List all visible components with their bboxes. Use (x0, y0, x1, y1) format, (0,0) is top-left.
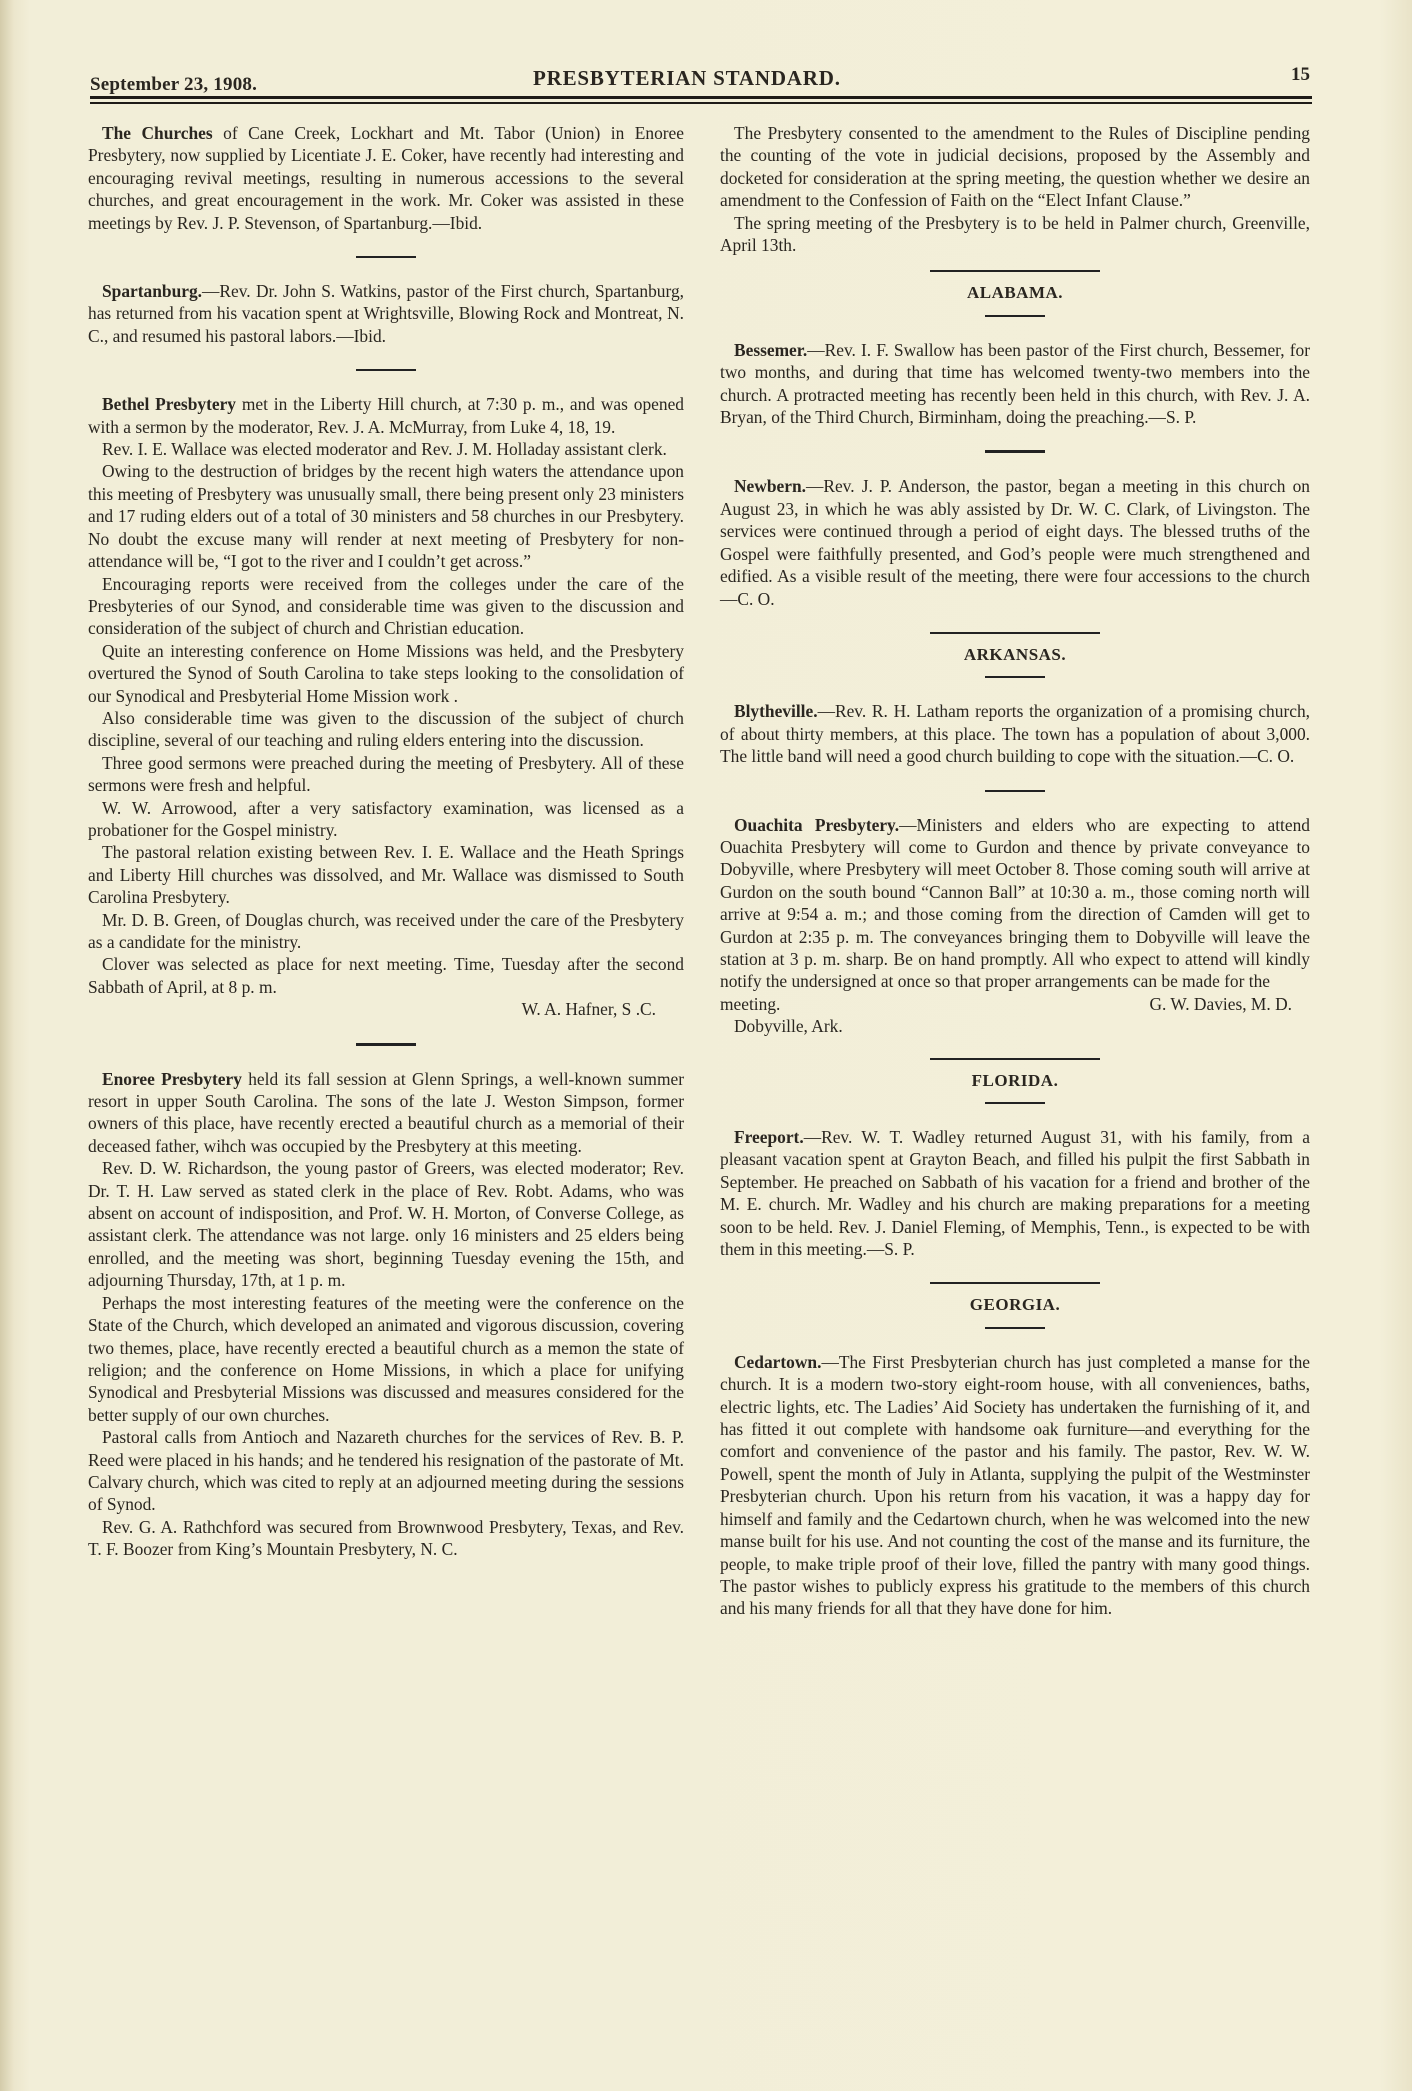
article-lead: Bethel Presbytery (102, 394, 236, 414)
article-text: —Rev. W. T. Wadley returned August 31, w… (720, 1127, 1310, 1259)
paragraph: Owing to the destruction of bridges by t… (88, 460, 684, 572)
signature-location: Dobyville, Ark. (720, 1015, 1310, 1037)
article-blytheville: Blytheville.—Rev. R. H. Latham reports t… (720, 700, 1310, 767)
paragraph: Encouraging reports were received from t… (88, 573, 684, 640)
article-cedartown: Cedartown.—The First Presbyterian church… (720, 1351, 1310, 1620)
article-text: —Rev. J. P. Anderson, the pastor, began … (720, 476, 1310, 608)
newspaper-page: September 23, 1908. PRESBYTERIAN STANDAR… (0, 0, 1412, 2091)
article-lead: Spartanburg. (102, 281, 202, 301)
page-number: 15 (1291, 64, 1310, 86)
paragraph: Rev. G. A. Rathchford was secured from B… (88, 1516, 684, 1561)
article-lead: Enoree Presbytery (102, 1069, 242, 1089)
paragraph: The Presbytery consented to the amendmen… (720, 122, 1310, 212)
publication-title: PRESBYTERIAN STANDARD. (533, 66, 841, 91)
article-lead: Newbern. (734, 476, 806, 496)
last-word: meeting. (720, 993, 780, 1015)
article-lead: Ouachita Presbytery. (734, 815, 899, 835)
paragraph: Rev. I. E. Wallace was elected moderator… (88, 438, 684, 460)
article-lead: The Churches (102, 123, 213, 143)
section-heading-alabama: ALABAMA. (720, 282, 1310, 304)
article-bethel-presbytery: Bethel Presbytery met in the Liberty Hil… (88, 393, 684, 1020)
issue-date: September 23, 1908. (90, 74, 257, 96)
separator (356, 256, 416, 258)
article-lead: Freeport. (734, 1127, 804, 1147)
section-rule (930, 270, 1100, 272)
masthead-rule (90, 96, 1312, 99)
article-ouachita-presbytery: Ouachita Presbytery.—Ministers and elder… (720, 814, 1310, 1038)
article-enoree-continued: The Presbytery consented to the amendmen… (720, 122, 1310, 256)
signature: W. A. Hafner, S .C. (88, 998, 684, 1020)
article-text: —Ministers and elders who are expecting … (720, 815, 1310, 992)
section-heading-georgia: GEORGIA. (720, 1294, 1310, 1316)
right-column: The Presbytery consented to the amendmen… (720, 122, 1310, 1620)
paragraph: Rev. D. W. Richardson, the young pastor … (88, 1157, 684, 1291)
paragraph: Quite an interesting conference on Home … (88, 640, 684, 707)
separator (985, 450, 1045, 453)
masthead-rule-secondary (90, 102, 1312, 104)
paragraph: Bethel Presbytery met in the Liberty Hil… (88, 393, 684, 438)
article-lead: Cedartown. (734, 1352, 821, 1372)
paragraph: Ouachita Presbytery.—Ministers and elder… (720, 814, 1310, 993)
section-heading-florida: FLORIDA. (720, 1070, 1310, 1092)
paragraph: Pastoral calls from Antioch and Nazareth… (88, 1426, 684, 1516)
article-text: —Rev. I. F. Swallow has been pastor of t… (720, 340, 1310, 427)
separator (985, 1102, 1045, 1104)
paragraph: Perhaps the most interesting features of… (88, 1292, 684, 1426)
article-lead: Blytheville. (734, 701, 818, 721)
section-heading-arkansas: ARKANSAS. (720, 644, 1310, 666)
article-churches: The Churches of Cane Creek, Lockhart and… (88, 122, 684, 234)
separator (356, 369, 416, 371)
paragraph: Enoree Presbytery held its fall session … (88, 1068, 684, 1158)
paragraph: The spring meeting of the Presbytery is … (720, 212, 1310, 257)
paragraph: Also considerable time was given to the … (88, 707, 684, 752)
paragraph: The pastoral relation existing between R… (88, 841, 684, 908)
separator (356, 1043, 416, 1046)
separator (985, 315, 1045, 317)
paragraph: Mr. D. B. Green, of Douglas church, was … (88, 909, 684, 954)
signature: G. W. Davies, M. D. (1149, 993, 1292, 1015)
separator (985, 1327, 1045, 1329)
section-rule (930, 1058, 1100, 1060)
article-newbern: Newbern.—Rev. J. P. Anderson, the pastor… (720, 475, 1310, 609)
article-enoree-presbytery: Enoree Presbytery held its fall session … (88, 1068, 684, 1561)
left-column: The Churches of Cane Creek, Lockhart and… (88, 122, 684, 1561)
signature-line: meeting. G. W. Davies, M. D. (720, 993, 1310, 1015)
paragraph: W. W. Arrowood, after a very satisfactor… (88, 797, 684, 842)
section-rule (930, 1282, 1100, 1284)
separator (985, 790, 1045, 792)
paragraph: Three good sermons were preached during … (88, 752, 684, 797)
article-bessemer: Bessemer.—Rev. I. F. Swallow has been pa… (720, 339, 1310, 429)
section-rule (930, 632, 1100, 634)
paragraph: Clover was selected as place for next me… (88, 953, 684, 998)
article-text: —The First Presbyterian church has just … (720, 1352, 1310, 1618)
separator (985, 676, 1045, 678)
masthead: September 23, 1908. PRESBYTERIAN STANDAR… (90, 62, 1310, 92)
article-lead: Bessemer. (734, 340, 807, 360)
page-binding-edge (0, 0, 14, 2091)
article-freeport: Freeport.—Rev. W. T. Wadley returned Aug… (720, 1126, 1310, 1260)
article-spartanburg: Spartanburg.—Rev. Dr. John S. Watkins, p… (88, 280, 684, 347)
